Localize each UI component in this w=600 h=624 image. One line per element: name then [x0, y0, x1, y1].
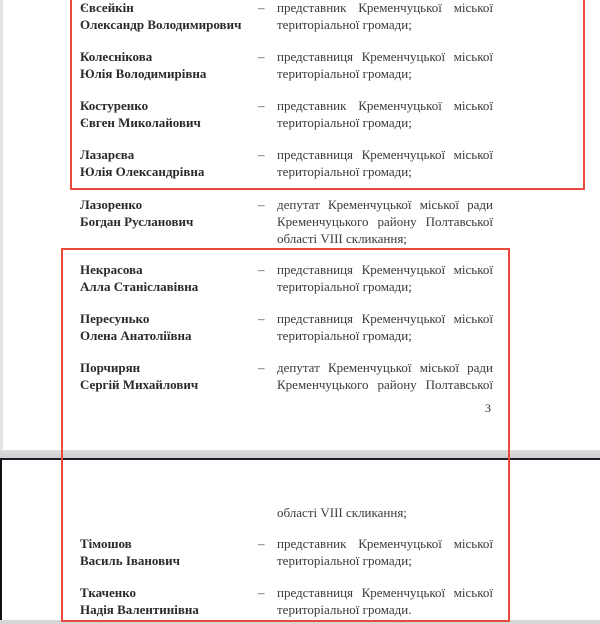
- member-role-line1: представниця Кременчуцької міської: [277, 49, 493, 65]
- member-given-name: Богдан Русланович: [80, 214, 193, 230]
- member-dash: –: [258, 360, 265, 376]
- member-dash: –: [258, 197, 265, 213]
- member-role-line1: депутат Кременчуцької міської ради: [277, 197, 493, 213]
- member-role-line1: представник Кременчуцької міської: [277, 536, 493, 552]
- member-role-line2: територіальної громади;: [277, 553, 493, 569]
- page-separator-bottom: [0, 620, 600, 624]
- member-role-line2: Кременчуцького району Полтавської: [277, 377, 493, 393]
- member-role-line1: представниця Кременчуцької міської: [277, 147, 493, 163]
- member-role-line2: територіальної громади;: [277, 279, 493, 295]
- member-role-line1: представниця Кременчуцької міської: [277, 262, 493, 278]
- member-dash: –: [258, 536, 265, 552]
- member-dash: –: [258, 0, 265, 16]
- member-role-line2: територіальної громади;: [277, 66, 493, 82]
- member-given-name: Алла Станіславівна: [80, 279, 198, 295]
- member-given-name: Надія Валентинівна: [80, 602, 199, 618]
- member-role-line1: представник Кременчуцької міської: [277, 0, 493, 16]
- member-role-line1: представник Кременчуцької міської: [277, 98, 493, 114]
- member-role-line2: територіальної громади.: [277, 602, 493, 618]
- member-dash: –: [258, 262, 265, 278]
- member-role-line2: територіальної громади;: [277, 115, 493, 131]
- page-separator: [0, 450, 600, 458]
- member-role-line2: територіальної громади;: [277, 328, 493, 344]
- member-given-name: Василь Іванович: [80, 553, 180, 569]
- member-given-name: Сергій Михайлович: [80, 377, 198, 393]
- member-given-name: Олена Анатоліївна: [80, 328, 192, 344]
- member-role-line2: територіальної громади;: [277, 164, 493, 180]
- member-given-name: Юлія Володимирівна: [80, 66, 206, 82]
- member-dash: –: [258, 98, 265, 114]
- member-role-line1: представниця Кременчуцької міської: [277, 311, 493, 327]
- member-dash: –: [258, 49, 265, 65]
- member-given-name: Євген Миколайович: [80, 115, 201, 131]
- member-surname: Костуренко: [80, 98, 148, 114]
- member-surname: Ткаченко: [80, 585, 136, 601]
- member-surname: Некрасова: [80, 262, 143, 278]
- member-surname: Пересунько: [80, 311, 149, 327]
- member-role-line2: територіальної громади;: [277, 17, 493, 33]
- member-dash: –: [258, 311, 265, 327]
- member-dash: –: [258, 585, 265, 601]
- member-surname: Тімошов: [80, 536, 132, 552]
- member-given-name: Олександр Володимирович: [80, 17, 241, 33]
- member-given-name: Юлія Олександрівна: [80, 164, 204, 180]
- member-surname: Лазарєва: [80, 147, 134, 163]
- member-dash: –: [258, 147, 265, 163]
- page-number: 3: [485, 400, 491, 416]
- member-role-line3: області VIII скликання;: [277, 505, 493, 521]
- member-surname: Колеснікова: [80, 49, 152, 65]
- member-surname: Лазоренко: [80, 197, 142, 213]
- member-surname: Євсейкін: [80, 0, 134, 16]
- member-role-line2: Кременчуцького району Полтавської: [277, 214, 493, 230]
- member-role-line3: області VIII скликання;: [277, 231, 493, 247]
- member-role-line1: представниця Кременчуцької міської: [277, 585, 493, 601]
- member-surname: Порчирян: [80, 360, 140, 376]
- member-role-line1: депутат Кременчуцької міської ради: [277, 360, 493, 376]
